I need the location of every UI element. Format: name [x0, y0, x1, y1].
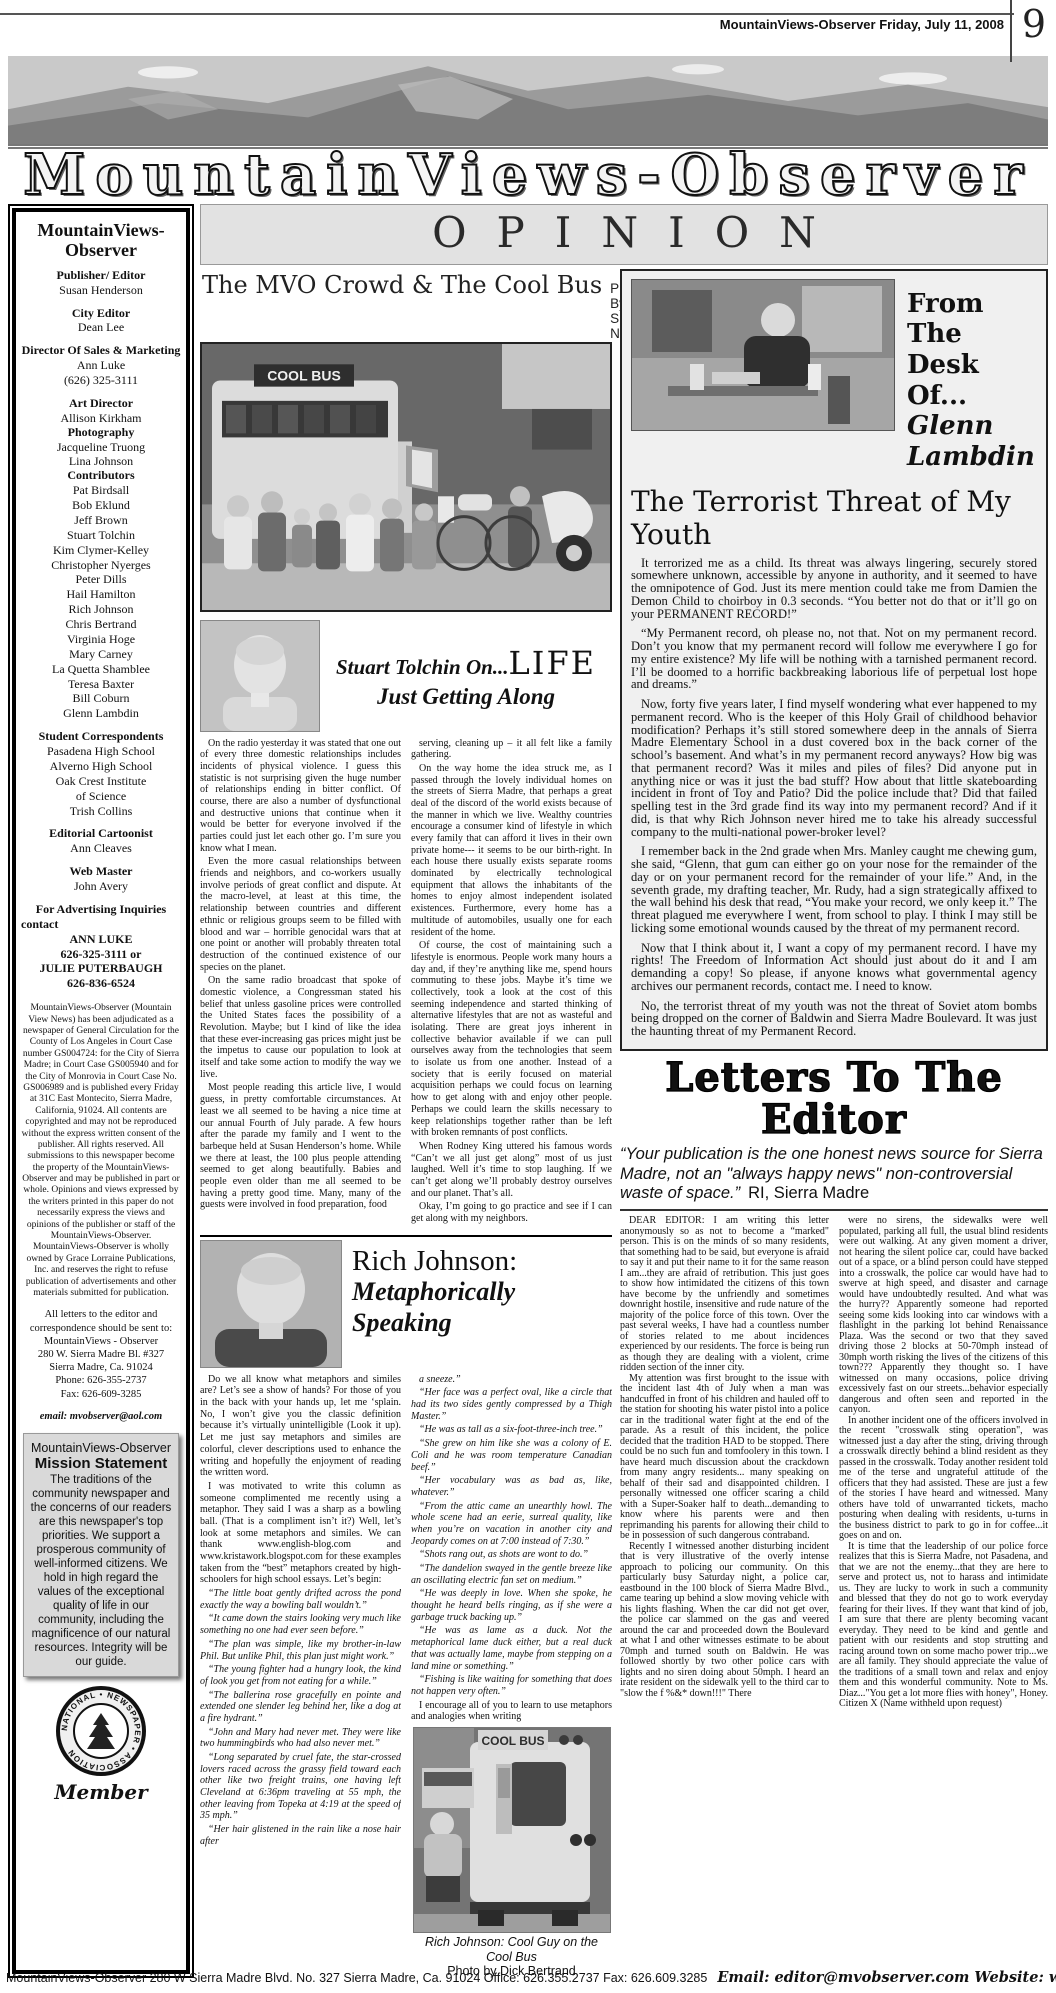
mission-title: MountainViews-Observer	[28, 1441, 174, 1456]
masthead-title: MountainViews-Observer	[8, 150, 1048, 202]
paragraph: Now that I think about it, I want a copy…	[631, 942, 1037, 993]
staff-line: Peter Dills	[21, 572, 181, 587]
nna-member: NATIONAL • NEWSPAPER • ASSOCIATION Membe…	[21, 1685, 181, 1804]
paragraph: “Fishing is like waiting for something t…	[411, 1674, 612, 1697]
paragraph: were no sirens, the sidewalks were well …	[839, 1216, 1048, 1416]
staff-line: Jacqueline Truong	[21, 440, 181, 455]
desk-of-header: From The Desk Of... Glenn Lambdin	[631, 279, 1037, 473]
staff-line: Photography	[21, 425, 181, 440]
paragraph: “John and Mary had never met. They were …	[200, 1727, 401, 1750]
paragraph: Most people reading this article live, I…	[200, 1082, 401, 1211]
cool-bus-group-photo: COOL BUS	[200, 342, 612, 612]
desk-title-line2: Desk Of...	[907, 350, 1037, 411]
svg-text:COOL BUS: COOL BUS	[481, 1734, 544, 1748]
letters-headline: Letters To The Editor	[620, 1057, 1048, 1141]
paragraph: “Her face was a perfect oval, like a cir…	[411, 1387, 612, 1422]
staff-line: Virginia Hoge	[21, 632, 181, 647]
paragraph: “She grew on him like she was a colony o…	[411, 1438, 612, 1473]
paragraph: “The dandelion swayed in the gentle bree…	[411, 1563, 612, 1586]
staff-line: Art Director	[21, 396, 181, 411]
paragraph: DEAR EDITOR: I am writing this letter an…	[620, 1216, 829, 1374]
rich-johnson-headshot-photo	[200, 1240, 342, 1368]
right-main-column: From The Desk Of... Glenn Lambdin The Te…	[620, 269, 1048, 1979]
letters-address: All letters to the editor andcorresponde…	[21, 1308, 181, 1401]
paragraph: On the radio yesterday it was stated tha…	[200, 738, 401, 855]
section-banner-opinion: OPINION	[200, 204, 1048, 265]
paragraph: “The plan was simple, like my brother-in…	[200, 1639, 401, 1662]
cool-bus-rear-photo: COOL BUS	[413, 1727, 611, 1933]
tolchin-column-1: On the radio yesterday it was stated tha…	[200, 738, 401, 1227]
staff-line: Bill Coburn	[21, 691, 181, 706]
staff-line: Trish Collins	[21, 804, 181, 819]
footer-email-website: Email: editor@mvobserver.com Website: ww…	[711, 1969, 1056, 1986]
page-number: 9	[1022, 2, 1046, 46]
staff-line: Alverno High School	[21, 759, 181, 774]
paragraph: Of course, the cost of maintaining such …	[411, 940, 612, 1139]
glenn-lambdin-photo	[631, 279, 895, 431]
staff-line: Director Of Sales & Marketing	[21, 343, 181, 358]
address-line: Sierra Madre, Ca. 91024	[21, 1361, 181, 1374]
mountain-illustration	[8, 56, 1048, 144]
footer-contact-info: MountainViews-Observer 280 W Sierra Madr…	[6, 1971, 707, 1985]
staff-line: Publisher/ Editor	[21, 268, 181, 283]
paragraph: On the same radio broadcast that spoke o…	[200, 975, 401, 1080]
sidebar-title: MountainViews-Observer	[21, 220, 181, 260]
paragraph: I remember back in the 2nd grade when Mr…	[631, 845, 1037, 934]
staff-line: Dean Lee	[21, 320, 181, 335]
staff-line: Lina Johnson	[21, 454, 181, 469]
address-line: MountainViews - Observer	[21, 1335, 181, 1348]
tolchin-body: On the radio yesterday it was stated tha…	[200, 738, 612, 1227]
staff-line: (626) 325-3111	[21, 373, 181, 388]
staff-line: Rich Johnson	[21, 602, 181, 617]
mission-body: The traditions of the community newspape…	[28, 1473, 174, 1669]
staff-line: ANN LUKE	[21, 932, 181, 947]
paragraph: “He was deeply in love. When she spoke, …	[411, 1588, 612, 1623]
page-number-divider	[1010, 0, 1012, 62]
paragraph: serving, cleaning up – it all felt like …	[411, 738, 612, 761]
desk-title-line4: Lambdin	[907, 442, 1037, 473]
staff-line: City Editor	[21, 306, 181, 321]
sidebar-inner: MountainViews-Observer Publisher/ Editor…	[12, 208, 190, 1974]
rich-johnson-column-2: a sneeze.”“Her face was a perfect oval, …	[411, 1374, 612, 1979]
staff-line: Student Correspondents	[21, 729, 181, 744]
paragraph: Even the more casual relationships betwe…	[200, 856, 401, 973]
address-line: Phone: 626-355-2737	[21, 1374, 181, 1387]
staff-line: JULIE PUTERBAUGH	[21, 961, 181, 976]
letter-column-1: DEAR EDITOR: I am writing this letter an…	[620, 1216, 829, 1710]
staff-line: Mary Carney	[21, 647, 181, 662]
desk-article-headline: The Terrorist Threat of My Youth	[631, 485, 1037, 551]
paragraph: “The ballerina rose gracefully en pointe…	[200, 1690, 401, 1725]
paragraph: When Rodney King uttered his famous word…	[411, 1141, 612, 1199]
address-line: correspondence should be sent to:	[21, 1322, 181, 1335]
left-main-column: The MVO Crowd & The Cool Bus Photo By Su…	[200, 269, 612, 1979]
rich-johnson-column-1: Do we all know what metaphors and simile…	[200, 1374, 401, 1979]
tolchin-title-prefix: Stuart Tolchin On...	[336, 655, 509, 679]
rich-johnson-header: Rich Johnson: Metaphorically Speaking	[200, 1240, 612, 1368]
paragraph: a sneeze.”	[411, 1374, 612, 1386]
staff-line: Allison Kirkham	[21, 411, 181, 426]
tolchin-header: Stuart Tolchin On...LIFE Just Getting Al…	[200, 620, 612, 732]
paragraph: I was motivated to write this column as …	[200, 1481, 401, 1586]
staff-line: Bob Eklund	[21, 498, 181, 513]
desk-title-line1: From The	[907, 289, 1037, 350]
staff-line: Editorial Cartoonist	[21, 826, 181, 841]
paragraph: Now, forty five years later, I find myse…	[631, 698, 1037, 838]
staff-line: Susan Henderson	[21, 283, 181, 298]
header-date: MountainViews-Observer Friday, July 11, …	[720, 17, 1004, 32]
member-label: Member	[21, 1780, 181, 1804]
contact-email: email: mvobserver@aol.com	[21, 1410, 181, 1423]
staff-line: Web Master	[21, 864, 181, 879]
staff-line: 626-836-6524	[21, 976, 181, 991]
bus-article-header: The MVO Crowd & The Cool Bus Photo By Su…	[200, 269, 612, 342]
paragraph: “My Permanent record, oh please no, not …	[631, 627, 1037, 691]
paragraph: “The young fighter had a hungry look, th…	[200, 1664, 401, 1687]
rich-johnson-body: Do we all know what metaphors and simile…	[200, 1374, 612, 1979]
paragraph: “Long separated by cruel fate, the star-…	[200, 1752, 401, 1822]
mountain-banner-photo	[8, 56, 1048, 149]
staff-line: Chris Bertrand	[21, 617, 181, 632]
paragraph: Okay, I’m going to go practice and see i…	[411, 1201, 612, 1224]
paragraph: My attention was first brought to the is…	[620, 1374, 829, 1542]
paragraph: In another incident one of the officers …	[839, 1416, 1048, 1542]
rich-johnson-section: Rich Johnson: Metaphorically Speaking Do…	[200, 1235, 612, 1979]
pull-quote-attribution: RI, Sierra Madre	[740, 1184, 869, 1202]
header-rule	[0, 13, 1014, 15]
tolchin-subtitle: Just Getting Along	[320, 684, 612, 710]
rich-johnson-title: Rich Johnson: Metaphorically Speaking	[342, 1240, 612, 1368]
paragraph: “Her vocabulary was as bad as, like, wha…	[411, 1475, 612, 1498]
tolchin-title-life: LIFE	[509, 644, 596, 682]
desk-of-article-box: From The Desk Of... Glenn Lambdin The Te…	[620, 269, 1048, 1051]
svg-text:COOL BUS: COOL BUS	[267, 367, 341, 383]
staff-line: Oak Crest Institute	[21, 774, 181, 789]
legal-notice: MountainViews-Observer (Mountain View Ne…	[21, 1003, 181, 1299]
desk-of-title: From The Desk Of... Glenn Lambdin	[907, 279, 1037, 473]
paragraph: “Her hair glistened in the rain like a n…	[200, 1824, 401, 1847]
rich-johnson-name: Rich Johnson:	[352, 1245, 517, 1277]
letter-column-2: were no sirens, the sidewalks were well …	[839, 1216, 1048, 1710]
bus-headline: The MVO Crowd & The Cool Bus	[202, 271, 602, 299]
letter-body: DEAR EDITOR: I am writing this letter an…	[620, 1216, 1048, 1710]
page-body: MountainViews-Observer Publisher/ Editor…	[0, 202, 1056, 1979]
letters-pull-quote: “Your publication is the one honest news…	[620, 1145, 1048, 1211]
staff-line: contact	[21, 917, 181, 932]
paragraph: “From the attic came an unearthly howl. …	[411, 1501, 612, 1548]
paragraph: It terrorized me as a child. Its threat …	[631, 557, 1037, 621]
staff-line: La Quetta Shamblee	[21, 662, 181, 677]
staff-line: Hail Hamilton	[21, 587, 181, 602]
staff-line: of Science	[21, 789, 181, 804]
desk-title-line3: Glenn	[907, 411, 1037, 442]
staff-line: Teresa Baxter	[21, 677, 181, 692]
paragraph: “He was as lame as a duck. Not the metap…	[411, 1625, 612, 1672]
rich-johnson-title-rest: Metaphorically Speaking	[352, 1277, 515, 1336]
newspaper-page: MountainViews-Observer Friday, July 11, …	[0, 0, 1056, 1993]
address-line: Fax: 626-609-3285	[21, 1388, 181, 1401]
staff-line: Ann Luke	[21, 358, 181, 373]
paragraph: “The little boat gently drifted across t…	[200, 1588, 401, 1611]
paragraph: “It came down the stairs looking very mu…	[200, 1613, 401, 1636]
tolchin-title-block: Stuart Tolchin On...LIFE Just Getting Al…	[320, 620, 612, 732]
paragraph: No, the terrorist threat of my youth was…	[631, 1000, 1037, 1038]
staff-line: Kim Clymer-Kelley	[21, 543, 181, 558]
staff-line: Contributors	[21, 468, 181, 483]
paragraph: I encourage all of you to learn to use m…	[411, 1700, 612, 1723]
paragraph: “He was as tall as a six-foot-three-inch…	[411, 1424, 612, 1436]
bus-photo-caption: Rich Johnson: Cool Guy on the Cool Bus	[411, 1935, 612, 1964]
mission-heading: Mission Statement	[28, 1456, 174, 1473]
staff-line: Glenn Lambdin	[21, 706, 181, 721]
staff-line: Pasadena High School	[21, 744, 181, 759]
staff-line: Ann Cleaves	[21, 841, 181, 856]
address-line: All letters to the editor and	[21, 1308, 181, 1321]
sidebar: MountainViews-Observer Publisher/ Editor…	[8, 204, 194, 1978]
page-header: MountainViews-Observer Friday, July 11, …	[0, 0, 1056, 44]
staff-list: Publisher/ EditorSusan HendersonCity Edi…	[21, 268, 181, 991]
staff-line: John Avery	[21, 879, 181, 894]
staff-line: Stuart Tolchin	[21, 528, 181, 543]
paragraph: On the way home the idea struck me, as I…	[411, 763, 612, 938]
address-line: 280 W. Sierra Madre Bl. #327	[21, 1348, 181, 1361]
main-content: OPINION The MVO Crowd & The Cool Bus Pho…	[200, 204, 1048, 1979]
staff-line: Christopher Nyerges	[21, 558, 181, 573]
tolchin-column-2: serving, cleaning up – it all felt like …	[411, 738, 612, 1227]
rich-johnson-quotes: a sneeze.”“Her face was a perfect oval, …	[411, 1374, 612, 1723]
staff-line: Pat Birdsall	[21, 483, 181, 498]
page-footer: MountainViews-Observer 280 W Sierra Madr…	[0, 1969, 1056, 1987]
staff-line: 626-325-3111 or	[21, 947, 181, 962]
paragraph: It is time that the leadership of our po…	[839, 1542, 1048, 1710]
staff-line: Jeff Brown	[21, 513, 181, 528]
paragraph: Do we all know what metaphors and simile…	[200, 1374, 401, 1479]
mission-statement-box: MountainViews-Observer Mission Statement…	[23, 1433, 179, 1677]
desk-article-body: It terrorized me as a child. Its threat …	[631, 557, 1037, 1038]
nna-seal-icon: NATIONAL • NEWSPAPER • ASSOCIATION	[55, 1685, 147, 1777]
tolchin-headshot-photo	[200, 620, 320, 732]
letters-section: Letters To The Editor “Your publication …	[620, 1057, 1048, 1710]
staff-line: For Advertising Inquiries	[21, 902, 181, 917]
paragraph: Recently I witnessed another disturbing …	[620, 1542, 829, 1700]
paragraph: “Shots rang out, as shots are wont to do…	[411, 1549, 612, 1561]
